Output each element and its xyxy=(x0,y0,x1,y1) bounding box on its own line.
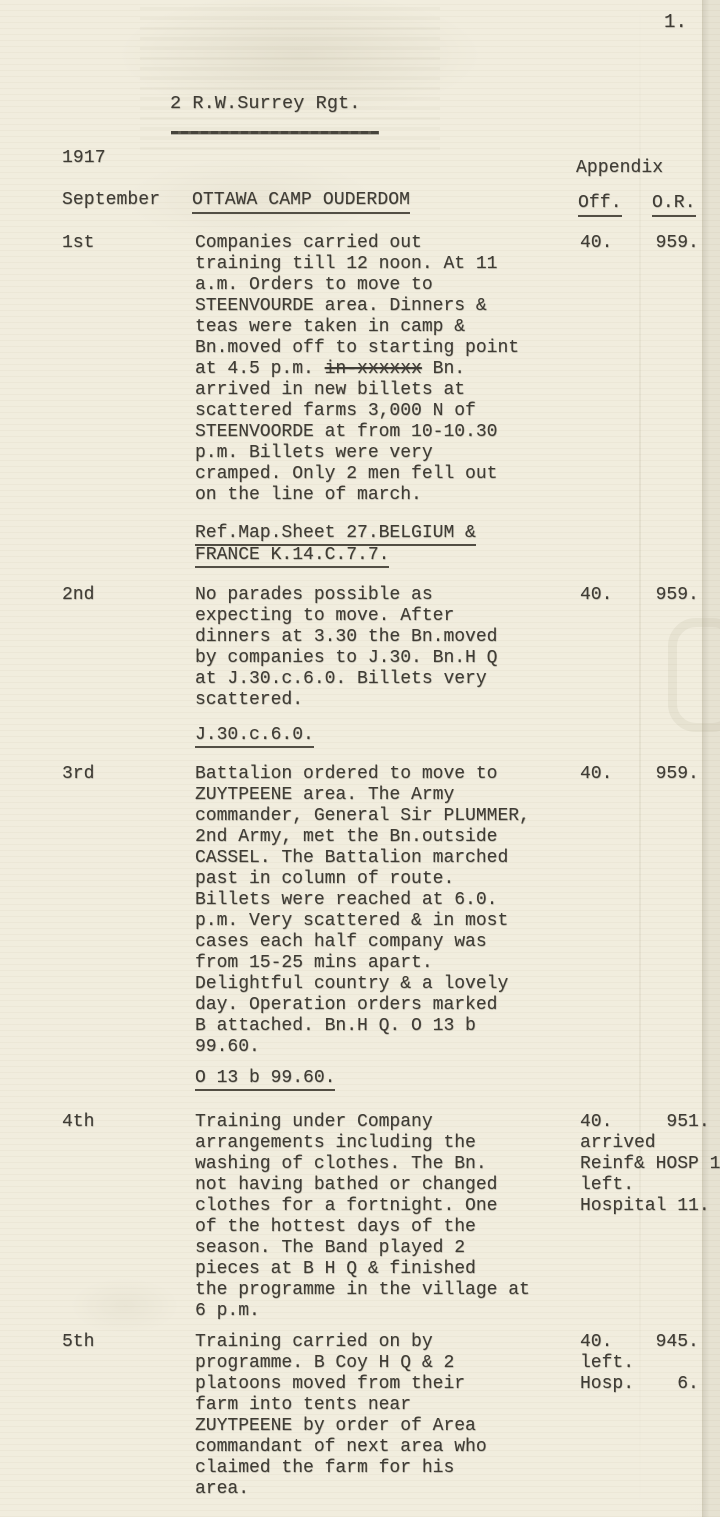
entry-text-line: cramped. Only 2 men fell out xyxy=(195,464,519,485)
page-number: 1. xyxy=(664,12,687,33)
map-reference: O 13 b 99.60. xyxy=(195,1068,530,1089)
map-reference-line: FRANCE K.14.C.7.7. xyxy=(195,545,389,568)
page-edge-shadow xyxy=(702,0,720,1517)
entry-text-line: cases each half company was xyxy=(195,932,530,953)
entry-text-line: B attached. Bn.H Q. O 13 b xyxy=(195,1016,530,1037)
officers-column-header: Off. xyxy=(578,193,622,217)
entry-day-label: 4th xyxy=(62,1112,94,1133)
entry-text-line: commandant of next area who xyxy=(195,1437,487,1458)
entry-text-line: claimed the farm for his xyxy=(195,1458,487,1479)
appendix-column-label: Appendix xyxy=(576,158,663,179)
map-reference-row: Ref.Map.Sheet 27.BELGIUM & xyxy=(195,523,519,544)
entry-text-line: Battalion ordered to move to xyxy=(195,764,530,785)
entry-text-line: 2nd Army, met the Bn.outside xyxy=(195,827,530,848)
entry-text-line: programme. B Coy H Q & 2 xyxy=(195,1353,487,1374)
paper-crease xyxy=(639,0,641,1517)
appendix-columns: 40. 945.left.Hosp. 6. xyxy=(580,1332,699,1395)
appendix-value-line: 40. 959. xyxy=(580,585,699,606)
entry-text-line: on the line of march. xyxy=(195,485,519,506)
map-reference: Ref.Map.Sheet 27.BELGIUM &FRANCE K.14.C.… xyxy=(195,523,519,566)
appendix-value-line: 40. 959. xyxy=(580,233,699,254)
entry-text-line: arrangements including the xyxy=(195,1133,530,1154)
scanned-diary-page: 1. 2 R.W.Surrey Rgt. 1917 Appendix Septe… xyxy=(0,0,720,1517)
appendix-value-line: Hosp. 6. xyxy=(580,1374,699,1395)
showthrough-ring xyxy=(668,618,720,732)
map-reference-row: J.30.c.6.0. xyxy=(195,725,497,746)
other-ranks-column-header: O.R. xyxy=(652,193,696,217)
entry-text-line: 6 p.m. xyxy=(195,1301,530,1322)
entry-text-line: dinners at 3.30 the Bn.moved xyxy=(195,627,497,648)
map-reference-line: J.30.c.6.0. xyxy=(195,725,314,748)
entry-text-line: pieces at B H Q & finished xyxy=(195,1259,530,1280)
struck-out-text: in-xxxxxx xyxy=(325,359,422,379)
entry-day-label: 3rd xyxy=(62,764,94,785)
entry-day-label: 1st xyxy=(62,233,94,254)
appendix-columns: 40. 951.arrivedReinf& HOSP 1.left.Hospit… xyxy=(580,1112,720,1217)
entry-body: Battalion ordered to move toZUYTPEENE ar… xyxy=(195,764,530,1090)
camp-heading: OTTAWA CAMP OUDERDOM xyxy=(192,190,410,214)
entry-text-line: of the hottest days of the xyxy=(195,1217,530,1238)
entry-text-line: expecting to move. After xyxy=(195,606,497,627)
appendix-value-line: 40. 959. xyxy=(580,764,699,785)
entry-body: Training under Companyarrangements inclu… xyxy=(195,1112,530,1322)
entry-text-line: washing of clothes. The Bn. xyxy=(195,1154,530,1175)
entry-day-label: 5th xyxy=(62,1332,94,1353)
appendix-columns: 40. 959. xyxy=(580,233,699,254)
entry-text-line: No parades possible as xyxy=(195,585,497,606)
appendix-value-line: Hospital 11. xyxy=(580,1196,720,1217)
entry-text-line: Companies carried out xyxy=(195,233,519,254)
entry-text-line: teas were taken in camp & xyxy=(195,317,519,338)
entry-text-line: commander, General Sir PLUMMER, xyxy=(195,806,530,827)
entry-body: No parades possible asexpecting to move.… xyxy=(195,585,497,747)
appendix-columns: 40. 959. xyxy=(580,764,699,785)
showthrough-blob xyxy=(70,1278,180,1334)
entry-text-line: by companies to J.30. Bn.H Q xyxy=(195,648,497,669)
regiment-title: 2 R.W.Surrey Rgt. xyxy=(170,93,360,114)
entry-text-line: clothes for a fortnight. One xyxy=(195,1196,530,1217)
entry-text-line: arrived in new billets at xyxy=(195,380,519,401)
entry-text-line: 99.60. xyxy=(195,1037,530,1058)
entry-text-line: scattered. xyxy=(195,690,497,711)
month-label: September xyxy=(62,190,160,211)
entry-text-line: Training under Company xyxy=(195,1112,530,1133)
entry-text-line: STEENVOORDE at from 10-10.30 xyxy=(195,422,519,443)
title-underline xyxy=(171,131,379,134)
map-reference-line: Ref.Map.Sheet 27.BELGIUM & xyxy=(195,523,476,546)
entry-text-line: STEENVOURDE area. Dinners & xyxy=(195,296,519,317)
entry-text-line: CASSEL. The Battalion marched xyxy=(195,848,530,869)
entry-text-line: Training carried on by xyxy=(195,1332,487,1353)
map-reference-line: O 13 b 99.60. xyxy=(195,1068,335,1091)
entry-text-line: platoons moved from their xyxy=(195,1374,487,1395)
showthrough-smudge xyxy=(140,0,440,150)
appendix-value-line: left. xyxy=(580,1175,720,1196)
entry-text-line: p.m. Billets were very xyxy=(195,443,519,464)
entry-text-line: ZUYTPEENE by order of Area xyxy=(195,1416,487,1437)
entry-day-label: 2nd xyxy=(62,585,94,606)
year-label: 1917 xyxy=(62,148,106,169)
map-reference-row: FRANCE K.14.C.7.7. xyxy=(195,545,519,566)
entry-body: Companies carried outtraining till 12 no… xyxy=(195,233,519,567)
entry-text-line: area. xyxy=(195,1479,487,1500)
appendix-value-line: 40. 951. xyxy=(580,1112,720,1133)
appendix-value-line: Reinf& HOSP 1. xyxy=(580,1154,720,1175)
entry-text-line: ZUYTPEENE area. The Army xyxy=(195,785,530,806)
entry-text-line: season. The Band played 2 xyxy=(195,1238,530,1259)
appendix-value-line: 40. 945. xyxy=(580,1332,699,1353)
entry-text-line: p.m. Very scattered & in most xyxy=(195,911,530,932)
entry-body: Training carried on byprogramme. B Coy H… xyxy=(195,1332,487,1500)
entry-text-line: at J.30.c.6.0. Billets very xyxy=(195,669,497,690)
entry-text-line: Delightful country & a lovely xyxy=(195,974,530,995)
entry-text-line: Bn.moved off to starting point xyxy=(195,338,519,359)
map-reference-row: O 13 b 99.60. xyxy=(195,1068,530,1089)
entry-text-line: day. Operation orders marked xyxy=(195,995,530,1016)
entry-text-line: scattered farms 3,000 N of xyxy=(195,401,519,422)
entry-text-line: a.m. Orders to move to xyxy=(195,275,519,296)
entry-text-line: the programme in the village at xyxy=(195,1280,530,1301)
entry-text-line: training till 12 noon. At 11 xyxy=(195,254,519,275)
appendix-value-line: arrived xyxy=(580,1133,720,1154)
entry-text-line: not having bathed or changed xyxy=(195,1175,530,1196)
entry-text-line: past in column of route. xyxy=(195,869,530,890)
appendix-columns: 40. 959. xyxy=(580,585,699,606)
entry-text-line: Billets were reached at 6.0. xyxy=(195,890,530,911)
appendix-value-line: left. xyxy=(580,1353,699,1374)
map-reference: J.30.c.6.0. xyxy=(195,725,497,746)
entry-text-line: farm into tents near xyxy=(195,1395,487,1416)
entry-text-line: from 15-25 mins apart. xyxy=(195,953,530,974)
entry-text-line: at 4.5 p.m. in-xxxxxx Bn. xyxy=(195,359,519,380)
